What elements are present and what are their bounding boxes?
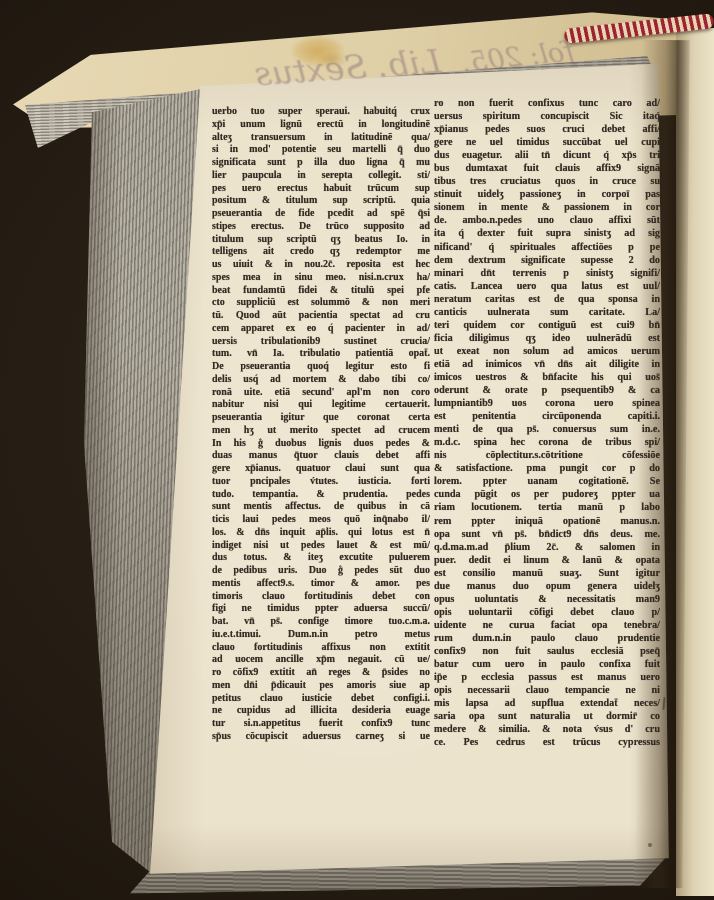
text-line: m.d.c. spina hec corona de tribus spi/ [434, 436, 660, 449]
text-line: due manus duo opum genera uidelʒ [434, 580, 660, 593]
text-line: opis necessarii clauo tempancie ne ni [434, 684, 660, 697]
text-line: cunda pūgit os per pudoreʒ ppter ua [434, 488, 660, 501]
text-line: sunt mentis affectus. de quibus in cā [212, 501, 430, 514]
text-line: cem apparet ex eo q́ pacienter in ad/ [212, 323, 430, 336]
text-line: batur cum uero in paulo confixa fuit [434, 658, 660, 671]
text-line: q.d.ma.m.ad p̄lium 2c̄. & salomen in [434, 541, 660, 554]
text-line: pseuerantia de fide pcedit ad spē q̄si [212, 208, 430, 221]
text-line: canticis uulnerata sum caritate. La/ [434, 306, 660, 319]
text-line: spes mea in sinu meo. nisi.n.crux ha/ [212, 272, 430, 285]
text-line: opis uoluntarii cōfigi debet clauo p/ [434, 606, 660, 619]
text-line: nabitur nisi qui legitime certauerit. [212, 399, 430, 412]
text-line: uidente ne curua faciat opa tenebra/ [434, 619, 660, 632]
text-line: est penitentia circūponenda capiti.i. [434, 410, 660, 423]
text-line: ro cōfix9 extitit an̄ reges & p̄sides no [212, 667, 430, 680]
text-line: cto suppliciū est solummō & non meri [212, 297, 430, 310]
text-line: indiget nisi ut pedes lauet & est mū/ [212, 540, 430, 553]
text-line: tū. Quod aūt pacientia spectat ad cru [212, 310, 430, 323]
text-line: pseuerantia igitur que coronat certa [212, 412, 430, 425]
text-line: timoris clauo fortitudinis debet con [212, 591, 430, 604]
text-line: tudo. tempantia. & prudentia. pedes [212, 489, 430, 502]
text-line: ne cupidus ad illicita desideria euage [212, 705, 430, 718]
text-line: opa sunt vn̄ ps̄. bn̄dict9 dn̄s deus. me… [434, 528, 660, 541]
text-line: neratum caritas est de qua sponsa in [434, 293, 660, 306]
text-line: opus uoluntatis & necessitatis man9 [434, 593, 660, 606]
text-line: ticis laui pedes meos quō inq̄nabo il/ [212, 514, 430, 527]
text-line: tuor pncipales v́tutes. iusticia. forti [212, 476, 430, 489]
text-line: petitus clauo iusticie debet configi.i. [212, 693, 430, 706]
text-line: xp̄i unum lignū erectū in longitudinē [212, 119, 430, 132]
text-line: men dn̄i p̄dicauit pes amoris siue ap [212, 680, 430, 693]
text-line: tibus tres cruciatus quos in cruce su [434, 175, 660, 188]
text-line: us uiuit & in nou.2c̄. reposita est hec [212, 259, 430, 272]
text-line: medere & similia. & nota v́sus d' cru [434, 723, 660, 736]
text-line: catis. Lancea uero qua latus est uul/ [434, 280, 660, 293]
text-line: tur si.n.appetitus fuerit confix9 tunc [212, 718, 430, 731]
text-line: oderunt & orate p psequentib9 & ca [434, 384, 660, 397]
text-column-left: uerbo tuo super speraui. habuitq́ cruxxp… [212, 106, 430, 744]
text-line: menti de qua ps̄. conuersus sum in.e. [434, 423, 660, 436]
text-line: lier paupcula in serepta collegit. sti/ [212, 170, 430, 183]
text-line: bus dumtaxat fuit clauis affix9 signā [434, 162, 660, 175]
text-line: dem dextrum significate supesse 2 do [434, 254, 660, 267]
text-line: los. & dn̄s inquit ap̄lis. qui lotus est… [212, 527, 430, 540]
text-line: xp̄ianus pedes suos cruci debet affi/ [434, 123, 660, 136]
text-line: lumpniantib9 uos corona uero spinea [434, 397, 660, 410]
text-line: saria opa sunt naturalia ut dormir̄ co [434, 710, 660, 723]
text-line: figi ne timidus ppter aduersa succū/ [212, 603, 430, 616]
text-line: dus totus. & iteʒ excutite puluerem [212, 552, 430, 565]
text-line: imicos uestros & bn̄facite his qui uos̄ [434, 371, 660, 384]
text-line: gere xp̄ianus. quatuor claui sunt qua [212, 463, 430, 476]
text-line: sionem in mente & passionem in cor [434, 201, 660, 214]
text-line: gere ne uel timidus succūbat uel cupi [434, 136, 660, 149]
text-line: confix9 non fuit saulus ecclesiā pseq̄ [434, 645, 660, 658]
text-line: stinuit uidelʒ passioneʒ in corpoī pas [434, 188, 660, 201]
text-line: beat fundamtū fidei & titulū spei pfe [212, 285, 430, 298]
text-line: mentis affect9.s. timor & amor. pes [212, 578, 430, 591]
text-line: uerbo tuo super speraui. habuitq́ crux [212, 106, 430, 119]
text-line: si in mod' potentie seu martelli q̄ duo [212, 144, 430, 157]
text-line: dus euagetur. alii tn̄ dicunt q́ xp̄s tr… [434, 149, 660, 162]
text-line: iu.e.t.timui. Dum.n.in petro metus [212, 629, 430, 642]
text-line: clauo fortitudinis affixus non extitit [212, 642, 430, 655]
text-line: riam locutionem. tertia manū p labo [434, 501, 660, 514]
text-line: pes uero erectus habuit trūcum sup [212, 183, 430, 196]
text-line: de pedibus uris. Duo g̊ pedes sūt duo [212, 565, 430, 578]
text-line: men hʒ ut merito spectet ad crucem [212, 425, 430, 438]
text-line: De pseuerantia quoq́ legitur esto fi [212, 361, 430, 374]
text-line: ut exeat non solum ad amicos uerum [434, 345, 660, 358]
text-column-right: ro non fuerit confixus tunc caro ad/uers… [434, 97, 660, 749]
text-line: rem ppter iniquā opationē manus.n. [434, 515, 660, 528]
text-line: ficia diligimus qʒ ideo uulnerādū est [434, 332, 660, 345]
text-line: rum dum.n.in paulo clauo prudentie [434, 632, 660, 645]
text-line: est consilio manuū suaʒ. Sunt igitur [434, 567, 660, 580]
text-line: ro non fuerit confixus tunc caro ad/ [434, 97, 660, 110]
text-line: ronā uite. etiā secund' apl'm non coro [212, 387, 430, 400]
text-line: telligens ait credo qʒ redemptor me [212, 246, 430, 259]
text-line: & satisfactione. pma pungit cor p do [434, 462, 660, 475]
text-line: ce. Pes cedrus est trūcus cypressus [434, 736, 660, 749]
text-line: uersus spiritum concupiscit Sic itaq́ [434, 110, 660, 123]
text-line: significata sunt p illa duo ligna q̄ mu [212, 157, 430, 170]
text-line: positum & titulum sup scriptū. quia [212, 195, 430, 208]
photograph-of-open-book: Lib. Sextus fol: 205. uerbo tuo super sp… [0, 0, 714, 900]
text-line: ip̄e p ecclesia passus est manus uero [434, 671, 660, 684]
text-line: ita q́ dexter fuit supra sinistʒ ad sig [434, 227, 660, 240]
ink-speck [648, 843, 652, 847]
text-line: sp̄us cōcupiscit aduersus carneʒ si ue [212, 731, 430, 744]
text-line: In his g̊ duobus lignis duos pedes & [212, 438, 430, 451]
text-line: minari dn̄t terrenis p sinistʒ signifi/ [434, 267, 660, 280]
text-line: duas manus q̄tuor clauis debet affi [212, 450, 430, 463]
text-line: mis lapsa ad supflua extendat̄ neces/ [434, 697, 660, 710]
text-line: nis cōplectitur.s.cōtritione cōfessiōe [434, 449, 660, 462]
text-line: nificand' q́ spirituales affectiōes p pe [434, 241, 660, 254]
text-line: puer. dedit ei linum & lanū & opata [434, 554, 660, 567]
text-line: alteʒ transuersum in latitudinē qua/ [212, 132, 430, 145]
text-line: etiā ad inimicos vn̄ dn̄s ait diligite i… [434, 358, 660, 371]
text-line: lorem. ppter uanam cogitationē. Se [434, 475, 660, 488]
text-line: delis usq́ ad mortem & dabo tibi co/ [212, 374, 430, 387]
text-line: bat. vn̄ ps̄. confige timore tuo.c.m.a. [212, 616, 430, 629]
text-line: tum. vn̄ Ia. tribulatio patientiā opat̄. [212, 348, 430, 361]
text-line: teri quidem cor contiguū est cui9 bn̄ [434, 319, 660, 332]
text-line: de. ambo.n.pedes uno clauo affixi sūt [434, 214, 660, 227]
text-line: ad uocem ancille xp̄m negauit. cū ue/ [212, 654, 430, 667]
text-line: uersis tribulationib9 sustinet crucia/ [212, 336, 430, 349]
text-line: stipes erectus. De trūco supposito ad [212, 221, 430, 234]
text-line: titulum sup scriptū qʒ beatus Io. in [212, 234, 430, 247]
